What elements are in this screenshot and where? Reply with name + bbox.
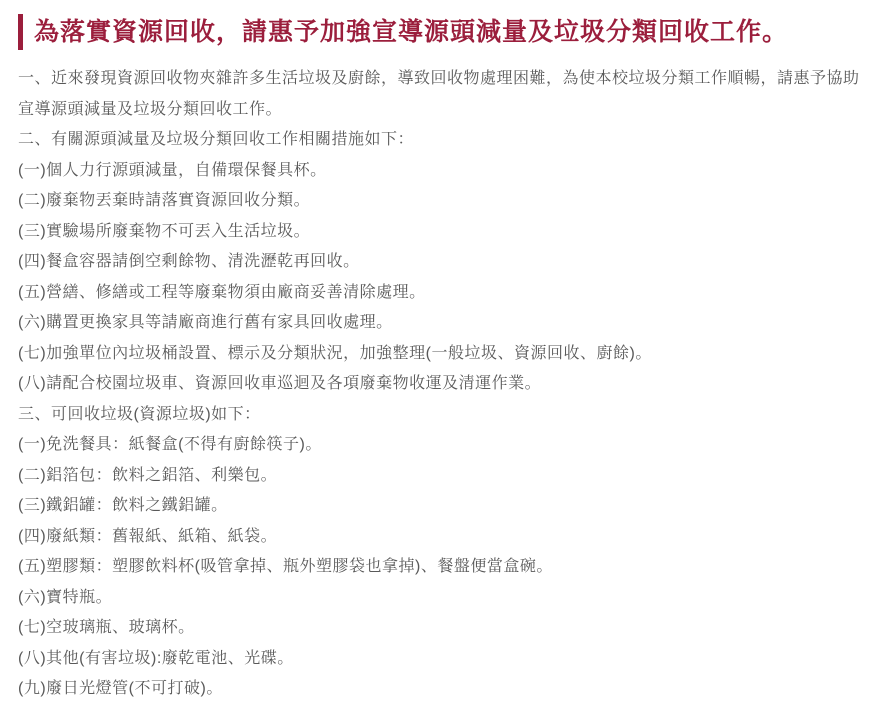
title-accent-bar (18, 14, 23, 50)
notice-paragraph: (四)餐盒容器請倒空剩餘物、清洗瀝乾再回收。 (18, 247, 864, 278)
notice-paragraph: (八)其他(有害垃圾):廢乾電池、光碟。 (18, 644, 864, 675)
notice-paragraph: (三)實驗場所廢棄物不可丟入生活垃圾。 (18, 217, 864, 248)
notice-paragraph: (六)寶特瓶。 (18, 583, 864, 614)
notice-paragraph: (六)購置更換家具等請廠商進行舊有家具回收處理。 (18, 308, 864, 339)
notice-body: 一、近來發現資源回收物夾雜許多生活垃圾及廚餘，導致回收物處理困難，為使本校垃圾分… (18, 64, 864, 705)
notice-paragraph: (七)空玻璃瓶、玻璃杯。 (18, 613, 864, 644)
notice-paragraph: (四)廢紙類：舊報紙、紙箱、紙袋。 (18, 522, 864, 553)
notice-paragraph: (二)廢棄物丟棄時請落實資源回收分類。 (18, 186, 864, 217)
notice-paragraph: (一)免洗餐具：紙餐盒(不得有廚餘筷子)。 (18, 430, 864, 461)
notice-page: 為落實資源回收，請惠予加強宣導源頭減量及垃圾分類回收工作。 一、近來發現資源回收… (0, 0, 872, 705)
notice-paragraph: (七)加強單位內垃圾桶設置、標示及分類狀況，加強整理(一般垃圾、資源回收、廚餘)… (18, 339, 864, 370)
notice-paragraph: (三)鐵鋁罐：飲料之鐵鋁罐。 (18, 491, 864, 522)
notice-paragraph: (九)廢日光燈管(不可打破)。 (18, 674, 864, 705)
notice-paragraph: 三、可回收垃圾(資源垃圾)如下： (18, 400, 864, 431)
notice-paragraph: (五)塑膠類：塑膠飲料杯(吸管拿掉、瓶外塑膠袋也拿掉)、餐盤便當盒碗。 (18, 552, 864, 583)
notice-paragraph: (八)請配合校園垃圾車、資源回收車巡迴及各項廢棄物收運及清運作業。 (18, 369, 864, 400)
notice-paragraph: (一)個人力行源頭減量，自備環保餐具杯。 (18, 156, 864, 187)
notice-paragraph: 一、近來發現資源回收物夾雜許多生活垃圾及廚餘，導致回收物處理困難，為使本校垃圾分… (18, 64, 864, 125)
page-title-text: 為落實資源回收，請惠予加強宣導源頭減量及垃圾分類回收工作。 (34, 16, 788, 49)
notice-paragraph: 二、有關源頭減量及垃圾分類回收工作相關措施如下： (18, 125, 864, 156)
page-title: 為落實資源回收，請惠予加強宣導源頭減量及垃圾分類回收工作。 (18, 14, 864, 50)
notice-paragraph: (五)營繕、修繕或工程等廢棄物須由廠商妥善清除處理。 (18, 278, 864, 309)
notice-paragraph: (二)鋁箔包：飲料之鋁箔、利樂包。 (18, 461, 864, 492)
